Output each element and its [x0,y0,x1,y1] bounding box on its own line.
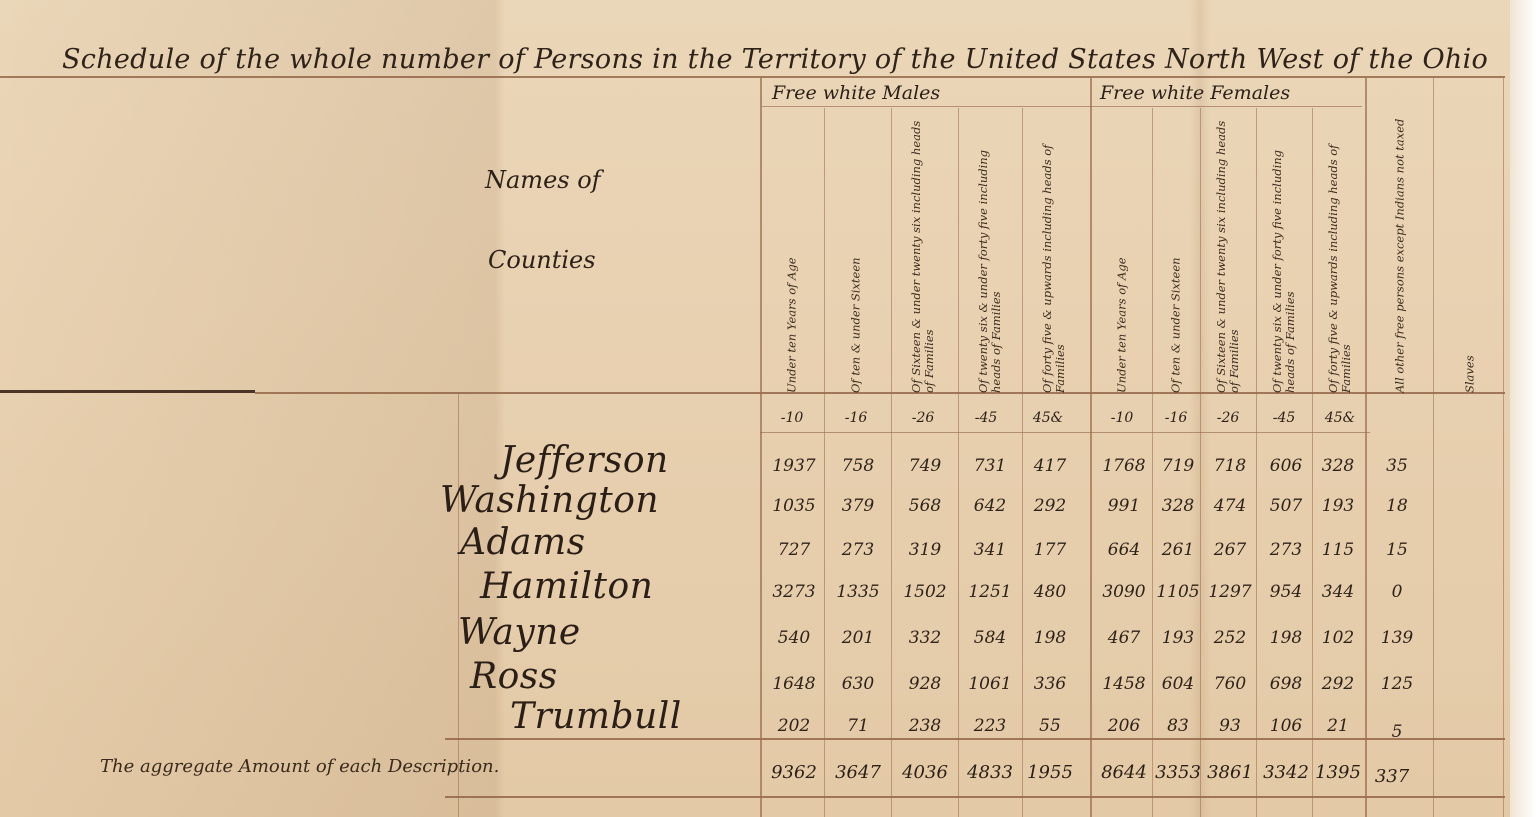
cell: 125 [1365,674,1429,694]
cell: 1502 [893,582,957,602]
cell: 252 [1198,628,1262,648]
aggregate-label: The aggregate Amount of each Description… [100,756,499,777]
cell: 332 [893,628,957,648]
group-rule [762,106,1362,107]
cell: 568 [893,496,957,516]
cell: 584 [958,628,1022,648]
age-key: -10 [1092,410,1152,426]
cell: 139 [1365,628,1429,648]
cell: 18 [1365,496,1429,516]
cell: 21 [1306,716,1370,736]
county-name-jefferson: Jefferson [500,440,669,481]
county-name-wayne: Wayne [458,612,581,653]
county-name-trumbull: Trumbull [510,696,682,737]
cell: 1937 [762,456,826,476]
cell: 177 [1018,540,1082,560]
column-header: Of Sixteen & under twenty six including … [893,108,953,393]
age-key: -45 [956,410,1016,426]
cell: 758 [826,456,890,476]
cell: 201 [826,628,890,648]
age-key-rule [760,432,1370,433]
cell: 292 [1306,674,1370,694]
counties-header: Counties [488,246,596,274]
cell: 267 [1198,540,1262,560]
cell: 1648 [762,674,826,694]
cell: 319 [893,540,957,560]
age-key: 45& [1018,410,1078,426]
cell: 238 [893,716,957,736]
column-rule [1433,78,1434,817]
cell: 928 [893,674,957,694]
names-of-header: Names of [485,166,601,194]
cell: 3273 [762,582,826,602]
cell: 718 [1198,456,1262,476]
cell: 93 [1198,716,1262,736]
column-header: Under ten Years of Age [762,108,822,393]
column-rule [891,108,892,817]
age-key: -26 [893,410,953,426]
totals-top-rule [445,738,1505,740]
cell: 379 [826,496,890,516]
cell: 1297 [1198,582,1262,602]
column-header: Of twenty six & under forty five includi… [1254,108,1314,393]
cell: 198 [1018,628,1082,648]
age-key: -26 [1198,410,1258,426]
cell: 731 [958,456,1022,476]
county-name-adams: Adams [460,522,586,563]
group-label-free-white-males: Free white Males [772,82,940,104]
cell: 0 [1365,582,1429,602]
cell: 115 [1306,540,1370,560]
column-header: Of ten & under Sixteen [1146,108,1206,393]
cell: 202 [762,716,826,736]
cell: 344 [1306,582,1370,602]
total-cell: 1955 [1018,762,1082,783]
age-key: -16 [1146,410,1206,426]
age-key: -10 [762,410,822,426]
cell: 102 [1306,628,1370,648]
column-header: Of forty five & upwards including heads … [1024,108,1084,393]
group-label-free-white-females: Free white Females [1100,82,1290,104]
column-header: Slaves [1440,108,1500,393]
cell: 35 [1365,456,1429,476]
column-header: Of forty five & upwards including heads … [1310,108,1370,393]
cell: 71 [826,716,890,736]
cell: 273 [826,540,890,560]
cell: 1035 [762,496,826,516]
county-name-washington: Washington [440,480,659,521]
cell: 642 [958,496,1022,516]
cell: 417 [1018,456,1082,476]
cell: 341 [958,540,1022,560]
column-header: All other free persons except Indians no… [1370,108,1430,393]
cell: 540 [762,628,826,648]
total-cell: 337 [1360,766,1424,787]
cell: 480 [1018,582,1082,602]
column-rule [1503,78,1504,817]
title-rule [0,76,1505,78]
cell: 749 [893,456,957,476]
column-header: Of ten & under Sixteen [826,108,886,393]
county-name-hamilton: Hamilton [480,566,653,607]
county-name-ross: Ross [470,656,558,697]
cell: 328 [1306,456,1370,476]
cell: 5 [1365,722,1429,742]
total-cell: 4036 [893,762,957,783]
cell: 292 [1018,496,1082,516]
cell: 1335 [826,582,890,602]
page-edge [1510,0,1536,817]
cell: 55 [1018,716,1082,736]
column-header: Of Sixteen & under twenty six including … [1198,108,1258,393]
cell: 1251 [958,582,1022,602]
header-bottom-rule-dark [0,390,255,393]
cell: 336 [1018,674,1082,694]
names-column-rule [458,392,459,817]
age-key: 45& [1310,410,1370,426]
total-cell: 4833 [958,762,1022,783]
total-cell: 9362 [762,762,826,783]
column-header: Of twenty six & under forty five includi… [960,108,1020,393]
cell: 760 [1198,674,1262,694]
age-key: -16 [826,410,886,426]
age-key: -45 [1254,410,1314,426]
document-title: Schedule of the whole number of Persons … [62,44,1488,75]
totals-bottom-rule [445,796,1505,798]
column-header: Under ten Years of Age [1092,108,1152,393]
cell: 15 [1365,540,1429,560]
cell: 1061 [958,674,1022,694]
cell: 727 [762,540,826,560]
cell: 193 [1306,496,1370,516]
cell: 630 [826,674,890,694]
total-cell: 3647 [826,762,890,783]
total-cell: 3861 [1198,762,1262,783]
cell: 223 [958,716,1022,736]
cell: 474 [1198,496,1262,516]
